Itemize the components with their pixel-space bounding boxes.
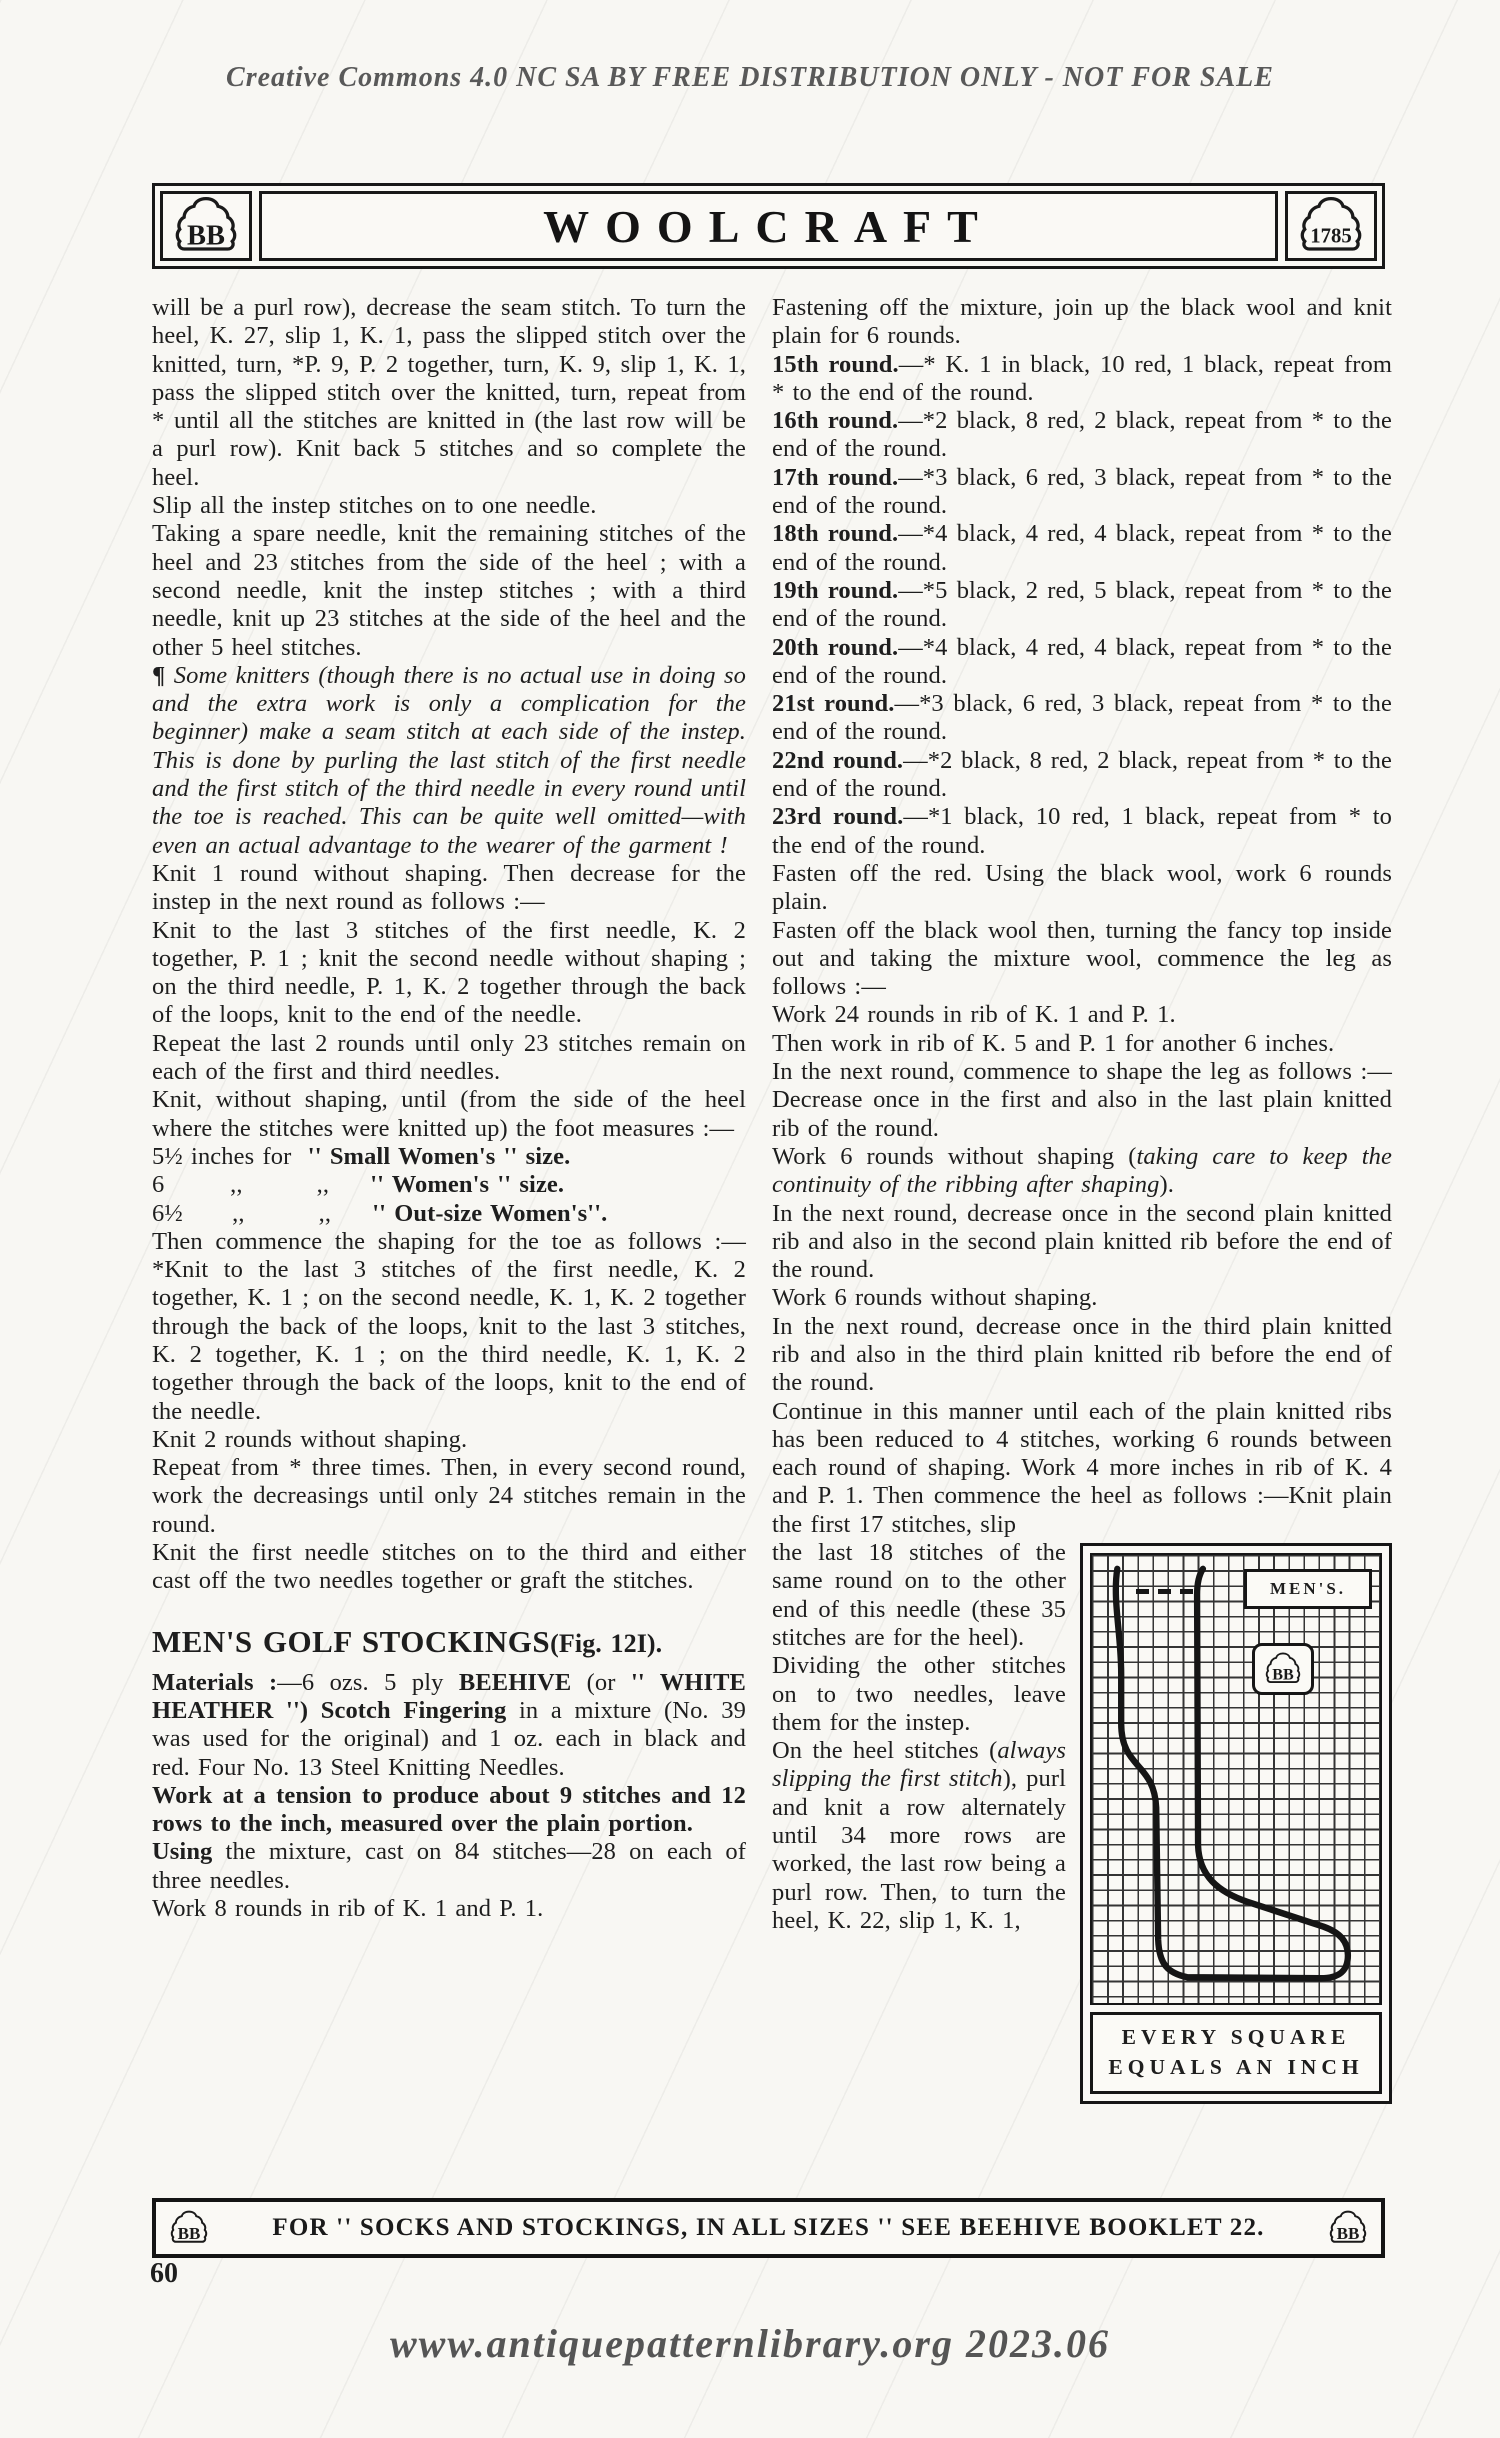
paragraph: Fastening off the mixture, join up the b… [772,294,1392,351]
paragraph: Knit the first needle stitches on to the… [152,1539,746,1596]
paragraph: Work 24 rounds in rib of K. 1 and P. 1. [772,1001,1392,1029]
paragraph: 23rd round.—*1 black, 10 red, 1 black, r… [772,803,1392,860]
paragraph: Slip all the instep stitches on to one n… [152,492,746,520]
paragraph: Using the mixture, cast on 84 stitches—2… [152,1838,746,1895]
paragraph: In the next round, commence to shape the… [772,1058,1392,1143]
paragraph: Work at a tension to produce about 9 sti… [152,1782,746,1839]
footer-text: FOR '' SOCKS AND STOCKINGS, IN ALL SIZES… [222,2214,1315,2242]
paragraph: In the next round, decrease once in the … [772,1200,1392,1285]
watermark-top: Creative Commons 4.0 NC SA BY FREE DISTR… [0,62,1500,94]
paragraph: In the next round, decrease once in the … [772,1313,1392,1398]
beehive-logo-right: 1785 [1285,191,1377,261]
paragraph: Work 6 rounds without shaping. [772,1284,1392,1312]
paragraph: Continue in this manner until each of th… [772,1398,1392,1539]
paragraph: will be a purl row), decrease the seam s… [152,294,746,492]
paragraph: ¶ Some knitters (though there is no actu… [152,662,746,860]
paragraph: Knit 2 rounds without shaping. [152,1426,746,1454]
paragraph: Materials :—6 ozs. 5 ply BEEHIVE (or '' … [152,1669,746,1782]
paragraph: 6 ,, ,, '' Women's '' size. [152,1171,746,1199]
beehive-logo-left: BB [160,191,252,261]
beehive-icon: BB [171,194,241,258]
stocking-outline-icon [1092,1555,1380,2003]
paragraph: 17th round.—*3 black, 6 red, 3 black, re… [772,464,1392,521]
paragraph: Work 8 rounds in rib of K. 1 and P. 1. [152,1895,746,1923]
watermark-bottom: www.antiquepatternlibrary.org 2023.06 [0,2320,1500,2367]
right-column: Fastening off the mixture, join up the b… [772,294,1392,2110]
paragraph: 19th round.—*5 black, 2 red, 5 black, re… [772,577,1392,634]
figure-caption: EVERY SQUARE EQUALS AN INCH [1090,2012,1382,2094]
beehive-monogram: BB [187,221,225,252]
paragraph: Taking a spare needle, knit the remainin… [152,520,746,661]
paragraph: 16th round.—*2 black, 8 red, 2 black, re… [772,407,1392,464]
paragraph: Repeat from * three times. Then, in ever… [152,1454,746,1539]
beehive-icon: BB [168,2208,210,2248]
beehive-icon: BB [1327,2208,1369,2248]
section-heading: MEN'S GOLF STOCKINGS(Fig. 12I). [152,1622,746,1665]
paragraph: 18th round.—*4 black, 4 red, 4 black, re… [772,520,1392,577]
stocking-chart-figure: MEN'S. BB EVERY SQUARE EQUALS AN INCH [1080,1543,1392,2104]
beehive-monogram: BB [1337,2224,1360,2243]
paragraph: Knit to the last 3 stitches of the first… [152,917,746,1030]
paragraph: Fasten off the black wool then, turning … [772,917,1392,1002]
beehive-year: 1785 [1310,224,1352,247]
figure-grid: MEN'S. BB [1090,1553,1382,2005]
page-number: 60 [150,2258,178,2290]
beehive-icon: 1785 [1296,194,1366,258]
figure-caption-line1: EVERY SQUARE [1095,2022,1377,2052]
left-column: will be a purl row), decrease the seam s… [152,294,746,2110]
paragraph: 6½ ,, ,, '' Out-size Women's''. [152,1200,746,1228]
right-column-upper: Fastening off the mixture, join up the b… [772,294,1392,1539]
paragraph: Knit 1 round without shaping. Then decre… [152,860,746,917]
paragraph: Knit, without shaping, until (from the s… [152,1086,746,1143]
beehive-monogram: BB [178,2224,201,2243]
page-title: WOOLCRAFT [259,191,1278,261]
paragraph: Work 6 rounds without shaping (taking ca… [772,1143,1392,1200]
paragraph: 5½ inches for '' Small Women's '' size. [152,1143,746,1171]
figure-beehive-logo: BB [1252,1643,1314,1695]
paragraph: 15th round.—* K. 1 in black, 10 red, 1 b… [772,351,1392,408]
stocking-top-dashed-line [1136,1589,1202,1594]
page-body: will be a purl row), decrease the seam s… [152,294,1392,2110]
paragraph: 21st round.—*3 black, 6 red, 3 black, re… [772,690,1392,747]
beehive-icon: BB [1263,1651,1303,1687]
figure-caption-line2: EQUALS AN INCH [1095,2052,1377,2082]
paragraph: Then work in rib of K. 5 and P. 1 for an… [772,1030,1392,1058]
paragraph: 20th round.—*4 black, 4 red, 4 black, re… [772,634,1392,691]
paragraph: Repeat the last 2 rounds until only 23 s… [152,1030,746,1087]
paragraph: Fasten off the red. Using the black wool… [772,860,1392,917]
masthead: BB WOOLCRAFT 1785 [152,183,1385,269]
footer-banner: BB FOR '' SOCKS AND STOCKINGS, IN ALL SI… [152,2198,1385,2258]
paragraph: 22nd round.—*2 black, 8 red, 2 black, re… [772,747,1392,804]
paragraph: Then commence the shaping for the toe as… [152,1228,746,1426]
beehive-monogram: BB [1272,1667,1294,1684]
figure-size-label: MEN'S. [1244,1569,1372,1609]
